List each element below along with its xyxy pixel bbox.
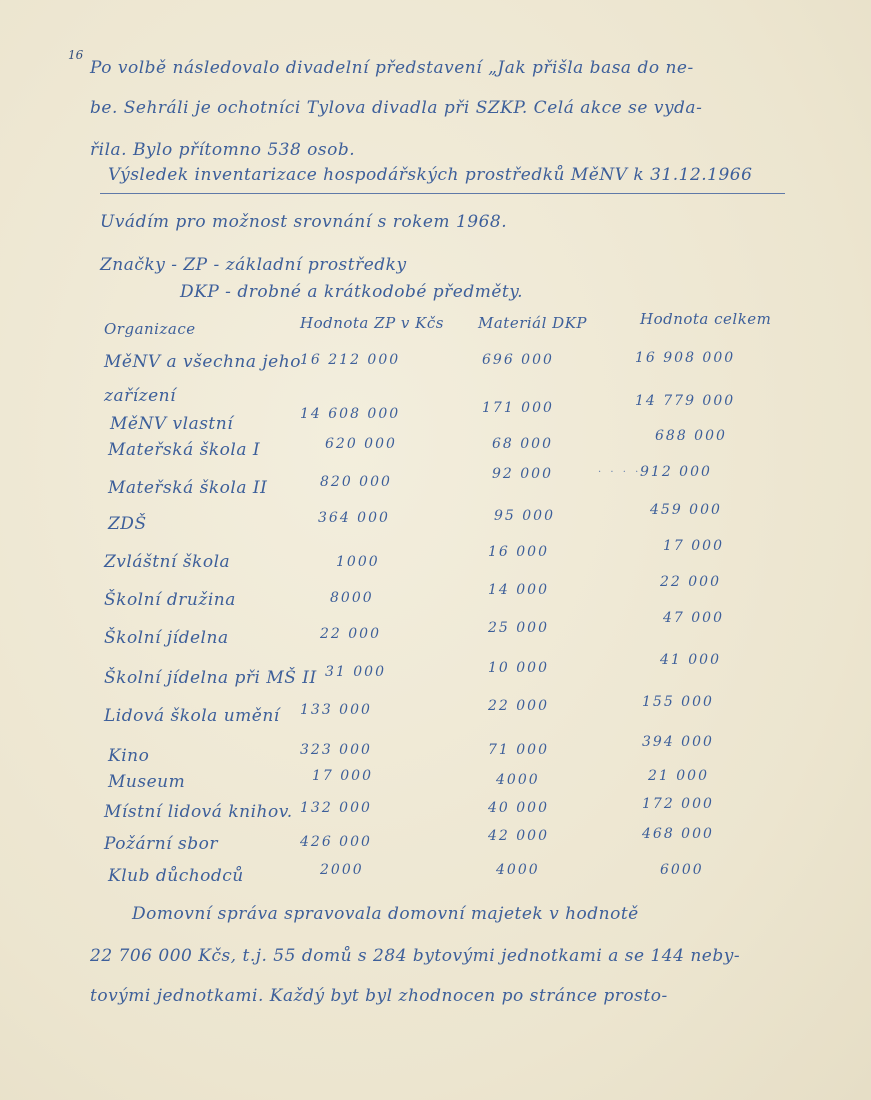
row-zp: 17 000 [312,768,373,784]
row-total: 17 000 [663,538,724,554]
row-dkp: 16 000 [488,544,549,560]
section-heading: Výsledek inventarizace hospodářských pro… [108,165,752,185]
paragraph1-line2: be. Sehráli je ochotníci Tylova divadla … [90,98,702,118]
row-org: Školní družina [104,590,236,610]
paragraph1-line1: Po volbě následovalo divadelní představe… [90,58,694,78]
paragraph2-line1: Domovní správa spravovala domovní majete… [132,904,639,924]
row-dkp: 4000 [496,862,540,878]
row-org: MěNV vlastní [110,414,233,434]
row-org: zařízení [104,386,176,406]
row-dkp: 696 000 [482,352,554,368]
row-org: Požární sbor [104,834,218,854]
row-dkp: 95 000 [494,508,555,524]
row-total: 459 000 [650,502,722,518]
paragraph2-line3: tovými jednotkami. Každý byt byl zhodnoc… [90,986,668,1006]
row-org: MěNV a všechna jeho [104,352,301,372]
row-dkp: 10 000 [488,660,549,676]
row-dkp: 14 000 [488,582,549,598]
row-zp: 620 000 [325,436,397,452]
row-dkp: 171 000 [482,400,554,416]
header-hodnota-celkem: Hodnota celkem [640,310,771,328]
row-org: Místní lidová knihov. [104,802,293,822]
row-zp: 323 000 [300,742,372,758]
row-dkp: 68 000 [492,436,553,452]
row-total: 468 000 [642,826,714,842]
row-total: 21 000 [648,768,709,784]
row-total: 16 908 000 [635,350,735,366]
row-zp: 426 000 [300,834,372,850]
row-dkp: 42 000 [488,828,549,844]
row-org: Zvláštní škola [104,552,230,572]
row-dkp: 92 000 [492,466,553,482]
row-dkp: 22 000 [488,698,549,714]
leader-dots: · · · · [598,467,641,478]
page-number: 16 [68,48,83,62]
header-material-dkp: Materiál DKP [478,314,587,332]
row-org: Školní jídelna při MŠ II [104,668,317,688]
row-zp: 132 000 [300,800,372,816]
legend-line1: Značky - ZP - základní prostředky [100,255,407,275]
row-org: ZDŠ [108,514,147,534]
row-dkp: 40 000 [488,800,549,816]
row-org: Mateřská škola II [108,478,267,498]
row-zp: 820 000 [320,474,392,490]
row-org: Klub důchodců [108,866,244,886]
row-org: Kino [108,746,149,766]
row-zp: 8000 [330,590,374,606]
row-total: 22 000 [660,574,721,590]
row-zp: 14 608 000 [300,406,400,422]
row-org: Školní jídelna [104,628,229,648]
row-total: 172 000 [642,796,714,812]
comparison-note: Uvádím pro možnost srovnání s rokem 1968… [100,212,507,232]
row-total: 155 000 [642,694,714,710]
row-total: 688 000 [655,428,727,444]
heading-underline [100,193,785,194]
row-total: 41 000 [660,652,721,668]
row-total: 14 779 000 [635,393,735,409]
row-total: 394 000 [642,734,714,750]
row-zp: 16 212 000 [300,352,400,368]
row-org: Museum [108,772,185,792]
row-zp: 22 000 [320,626,381,642]
row-zp: 31 000 [325,664,386,680]
legend-line2: DKP - drobné a krátkodobé předměty. [180,282,523,302]
header-hodnota-zp: Hodnota ZP v Kčs [300,314,444,332]
row-total: 6000 [660,862,704,878]
paragraph1-line3: řila. Bylo přítomno 538 osob. [90,140,355,160]
row-org: Lidová škola umění [104,706,280,726]
document-page: 16 Po volbě následovalo divadelní předst… [0,0,871,1100]
row-zp: 364 000 [318,510,390,526]
row-zp: 1000 [336,554,380,570]
row-org: Mateřská škola I [108,440,260,460]
paragraph2-line2: 22 706 000 Kčs, t.j. 55 domů s 284 bytov… [90,946,740,966]
row-total: 912 000 [640,464,712,480]
row-dkp: 25 000 [488,620,549,636]
row-dkp: 4000 [496,772,540,788]
row-zp: 2000 [320,862,364,878]
row-total: 47 000 [663,610,724,626]
header-organizace: Organizace [104,320,196,338]
row-dkp: 71 000 [488,742,549,758]
row-zp: 133 000 [300,702,372,718]
